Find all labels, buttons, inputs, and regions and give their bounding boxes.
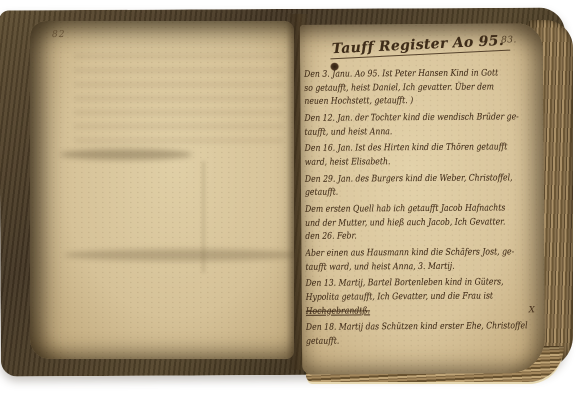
line-text: und der Mutter, und hieß auch Jacob, Ich… <box>305 216 505 231</box>
line-text: ward, heist Elisabeth. <box>305 155 489 170</box>
line-text: Den 13. Martij, Bartel Bortenleben kind … <box>306 277 504 292</box>
line-text: taufft ward, und heist Anna, 3. Martij. <box>305 260 489 275</box>
register-heading: Tauff Register Ao 95. <box>330 33 511 60</box>
line-text: getaufft. <box>305 186 489 201</box>
register-line: und der Mutter, und hieß auch Jacob, Ich… <box>305 216 534 231</box>
register-line: Den 13. Martij, Bartel Bortenleben kind … <box>306 277 535 292</box>
register-line: Den 16. Jan. Ist des Hirten kind die Thö… <box>305 142 534 157</box>
line-text: so getaufft, heist Daniel, Ich gevatter.… <box>304 81 494 96</box>
register-line: Den 18. Martij das Schützen kind erster … <box>306 321 535 336</box>
line-text: Aber einen aus Hausmann kind die Schäfer… <box>305 246 514 261</box>
margin-mark: T. <box>530 67 533 81</box>
line-text: neuen Hochstett, getaufft. ) <box>304 95 488 110</box>
line-text: Hypolita getaufft, Ich Gevatter, und die… <box>306 291 493 306</box>
line-text: Den 3. Janu. Ao 95. Ist Peter Hansen Kin… <box>304 67 498 82</box>
register-line: Den 12. Jan. der Tochter kind die wendis… <box>304 111 533 126</box>
line-text: Den 16. Jan. Ist des Hirten kind die Thö… <box>305 142 508 157</box>
handwriting-area: Tauff Register Ao 95. Den 3. Janu. Ao 95… <box>304 27 535 369</box>
register-line: getaufft. <box>306 334 535 349</box>
ink-smudge <box>60 149 192 160</box>
line-text: taufft, und heist Anna. <box>304 125 488 140</box>
line-text: Den 29. Jan. des Burgers kind die Weber,… <box>305 172 513 187</box>
line-text: getaufft. <box>306 335 490 350</box>
line-text: Den 18. Martij das Schützen kind erster … <box>306 321 528 336</box>
left-page: 82 <box>30 21 294 359</box>
right-page: 83. Tauff Register Ao 95. Den 3. Janu. A… <box>300 23 545 375</box>
page-number-left: 82 <box>52 30 65 40</box>
crease-smudge <box>202 161 205 273</box>
line-text: den 26. Febr. <box>305 230 489 245</box>
line-text: Dem ersten Quell hab ich getaufft Jacob … <box>305 203 505 218</box>
line-text: Hochgebrandtß. <box>306 304 490 319</box>
register-line: Aber einen aus Hausmann kind die Schäfer… <box>305 246 534 261</box>
margin-mark: X <box>520 304 535 318</box>
ink-smudge <box>64 249 302 261</box>
ink-bleedthrough-rows <box>74 47 284 143</box>
register-line: Den 29. Jan. des Burgers kind die Weber,… <box>305 172 534 187</box>
manuscript-photo: 82 83. Tauff Register Ao 95. Den 3. Janu… <box>0 0 580 397</box>
